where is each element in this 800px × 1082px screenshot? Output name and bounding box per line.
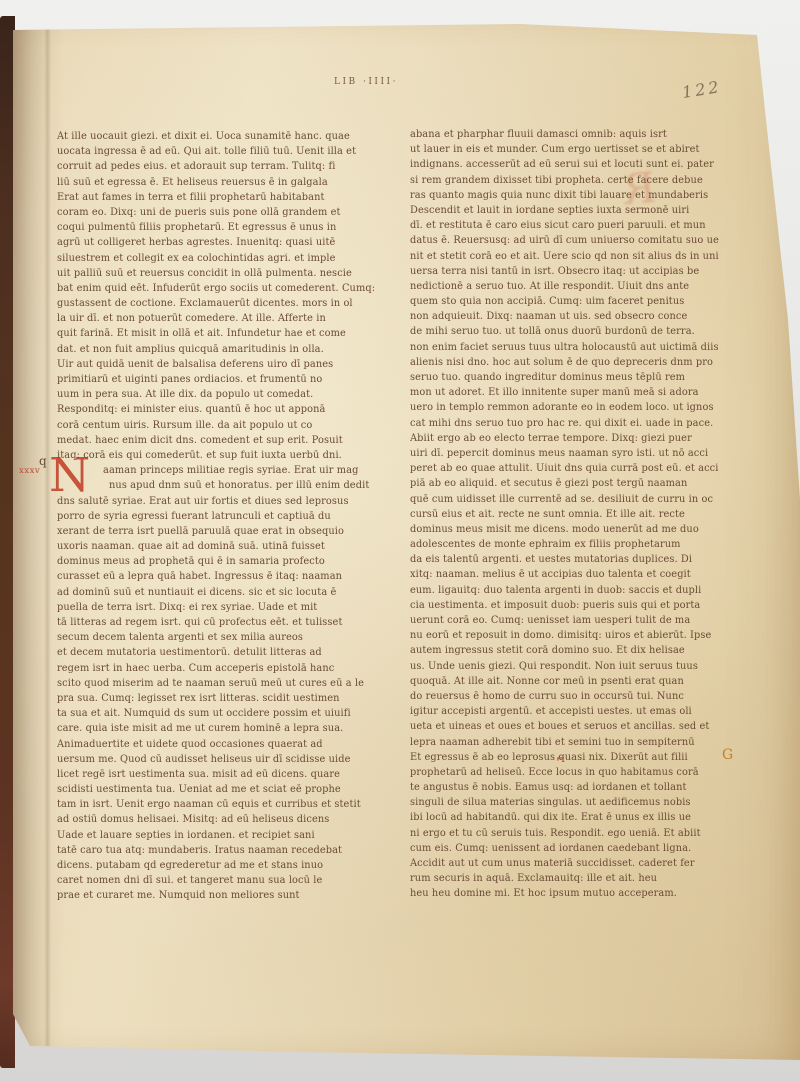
text-line: agrū ut colligeret herbas agrestes. Inue… [57, 235, 388, 250]
text-line: dominus meus ad prophetā qui ē in samari… [57, 554, 388, 569]
text-line: autem ingressus stetit corā domino suo. … [410, 643, 746, 658]
text-line: dns salutē syriae. Erat aut uir fortis e… [57, 494, 388, 509]
text-line: uxoris naaman. quae ait ad dominā suā. u… [57, 539, 388, 554]
gutter-crease [44, 26, 51, 1046]
text-line: mon ut adoret. Et illo innitente super m… [410, 385, 746, 400]
text-line: te angustus ē nobis. Eamus usq: ad iorda… [410, 780, 746, 795]
text-line: ad ostiū domus helisaei. Misitq: ad eū h… [57, 812, 388, 827]
text-line: At ille uocauit giezi. et dixit ei. Uoca… [57, 129, 388, 144]
text-column-right: abana et pharphar fluuii damasci omnib: … [410, 127, 746, 902]
text-line: coqui pulmentū filiis prophetarū. Et egr… [57, 220, 388, 235]
text-line: uero in templo remmon adorante eo in eod… [410, 400, 746, 415]
text-line: igitur accepisti argentū. et accepisti u… [410, 704, 746, 719]
text-line: licet regē isrt uestimenta sua. misit ad… [57, 767, 388, 782]
text-line: Accidit aut ut cum unus materiā succidis… [410, 856, 746, 871]
text-line: medat. haec enim dicit dns. comedent et … [57, 433, 388, 448]
text-column-left: At ille uocauit giezi. et dixit ei. Uoca… [57, 129, 388, 904]
text-line: Animaduertite et uidete quod occasiones … [57, 737, 388, 752]
text-line: care. quia iste misit ad me ut curem hom… [57, 721, 388, 736]
text-line: uocata ingressa ē ad eū. Qui ait. tolle … [57, 144, 388, 159]
text-line: cum eis. Cumq: uenissent ad iordanen cae… [410, 841, 746, 856]
text-line: da eis talentū argenti. et uestes mutato… [410, 552, 746, 567]
text-line: dī. et restituta ē caro eius sicut caro … [410, 218, 746, 233]
text-line: heu heu domine mi. Et hoc ipsum mutuo ac… [410, 886, 746, 901]
text-line: curasset eū a lepra quā habet. Ingressus… [57, 569, 388, 584]
text-line: Abiit ergo ab eo electo terrae tempore. … [410, 431, 746, 446]
text-line: quit farinā. Et misit in ollā et ait. In… [57, 326, 388, 341]
text-line: itaq: corā eis qui comederūt. et sup fui… [57, 448, 388, 463]
corner-faint-number: 122 [747, 18, 766, 33]
text-line: ad dominū suū et nuntiauit ei dicens. si… [57, 585, 388, 600]
text-line: seruo tuo. quando ingreditur dominus meu… [410, 370, 746, 385]
text-line: Uir aut quidā uenit de balsalisa deferen… [57, 357, 388, 372]
text-line: ueta et uineas et oues et boues et seruo… [410, 719, 746, 734]
text-line: pra sua. Cumq: legisset rex isrt littera… [57, 691, 388, 706]
text-line: quoquā. At ille ait. Nonne cor meū in ps… [410, 674, 746, 689]
text-line: prae et curaret me. Numquid non meliores… [57, 888, 388, 903]
text-line: et decem mutatoria uestimentorū. detulit… [57, 645, 388, 660]
text-line: aaman princeps militiae regis syriae. Er… [57, 463, 388, 478]
text-line: eum. ligauitq: duo talenta argenti in du… [410, 583, 746, 598]
text-line: scito quod miserim ad te naaman seruū me… [57, 676, 388, 691]
text-line: Uade et lauare septies in iordanen. et r… [57, 828, 388, 843]
text-line: Erat aut fames in terra et filii prophet… [57, 190, 388, 205]
text-line: gustassent de coctione. Exclamauerūt dic… [57, 296, 388, 311]
text-line: cursū eius et ait. recte ne sunt omnia. … [410, 507, 746, 522]
text-line: scidisti uestimenta tua. Ueniat ad me et… [57, 782, 388, 797]
margin-quire-mark-g: G [722, 747, 733, 763]
text-line: us. Unde uenis giezi. Qui respondit. Non… [410, 659, 746, 674]
text-line: alienis nisi dno. hoc aut solum ē de quo… [410, 355, 746, 370]
text-line: non adquieuit. Dixq: naaman ut uis. sed … [410, 309, 746, 324]
text-line: liū suū et egressa ē. Et heliseus reuers… [57, 175, 388, 190]
parchment-page: raēſtrudmstaeirnotes 122 LIB ·IIII· 122 … [0, 0, 800, 1082]
text-line: nedictionē a seruo tuo. At ille respondi… [410, 279, 746, 294]
text-line: indignans. accesserūt ad eū serui sui et… [410, 157, 746, 172]
text-line: Et egressus ē ab eo leprosus quasi nix. … [410, 750, 746, 765]
text-line: ibi locū ad habitandū. qui dix ite. Erat… [410, 810, 746, 825]
text-line: tā litteras ad regem isrt. qui cū profec… [57, 615, 388, 630]
text-line: la uir dī. et non potuerūt comedere. At … [57, 311, 388, 326]
text-line: nus apud dnm suū et honoratus. per illū … [57, 478, 388, 493]
text-line: nit et stetit corā eo et ait. Uere scio … [410, 249, 746, 264]
text-line: prophetarū ad heliseū. Ecce locus in quo… [410, 765, 746, 780]
text-line: regem isrt in haec uerba. Cum acceperis … [57, 661, 388, 676]
text-line: coram eo. Dixq: uni de pueris suis pone … [57, 205, 388, 220]
text-line: corā centum uiris. Rursum ille. da ait p… [57, 418, 388, 433]
text-line: xitq: naaman. melius ē ut accipias duo t… [410, 567, 746, 582]
text-line: Responditq: ei minister eius. quantū ē h… [57, 402, 388, 417]
text-line: ras quanto magis quia nunc dixit tibi la… [410, 188, 746, 203]
text-line: quem sto quia non accipiā. Cumq: uim fac… [410, 294, 746, 309]
text-line: non enim faciet seruus tuus ultra holoca… [410, 340, 746, 355]
text-line: cia uestimenta. et imposuit duob: pueris… [410, 598, 746, 613]
text-line: uersum me. Quod cū audisset heliseus uir… [57, 752, 388, 767]
text-line: peret ab eo quae attulit. Uiuit dns quia… [410, 461, 746, 476]
text-line: bat enim quid eēt. Infuderūt ergo sociis… [57, 281, 388, 296]
text-line: corruit ad pedes eius. et adorauit sup t… [57, 159, 388, 174]
text-line: nu eorū et reposuit in domo. dimisitq: u… [410, 628, 746, 643]
text-line: Descendit et lauit in iordane septies iu… [410, 203, 746, 218]
text-line: uersa terra nisi tantū in isrt. Obsecro … [410, 264, 746, 279]
text-line: siluestrem et collegit ex ea colochintid… [57, 251, 388, 266]
text-line: tatē caro tua atq: mundaberis. Iratus na… [57, 843, 388, 858]
text-line: uiri dī. pepercit dominus meus naaman sy… [410, 446, 746, 461]
text-line: tam in isrt. Uenit ergo naaman cū equis … [57, 797, 388, 812]
text-line: uerunt corā eo. Cumq: uenisset iam uespe… [410, 613, 746, 628]
text-line: porro de syria egressi fuerant latruncul… [57, 509, 388, 524]
folio-number: 122 [681, 77, 723, 102]
text-line: caret nomen dni dī sui. et tangeret manu… [57, 873, 388, 888]
text-line: piā ab eo aliquid. et secutus ē giezi po… [410, 476, 746, 491]
running-header-lib-iiii: LIB ·IIII· [334, 77, 398, 87]
text-line: dominus meus misit me dicens. modo uener… [410, 522, 746, 537]
text-line: primitiarū et uiginti panes ordiacios. e… [57, 372, 388, 387]
manuscript-photo: raēſtrudmstaeirnotes 122 LIB ·IIII· 122 … [0, 0, 800, 1082]
text-line: uit palliū suū et reuersus concidit in o… [57, 266, 388, 281]
text-line: dicens. putabam qd egrederetur ad me et … [57, 858, 388, 873]
text-line: cat mihi dns seruo tuo pro hac re. qui d… [410, 416, 746, 431]
text-line: lepra naaman adherebit tibi et semini tu… [410, 735, 746, 750]
text-line: datus ē. Reuersusq: ad uirū dī cum uniue… [410, 233, 746, 248]
text-line: abana et pharphar fluuii damasci omnib: … [410, 127, 746, 142]
text-line: si rem grandem dixisset tibi propheta. c… [410, 173, 746, 188]
text-line: secum decem talenta argenti et sex milia… [57, 630, 388, 645]
book-binding-spine [0, 16, 15, 1068]
text-line: ta sua et ait. Numquid ds sum ut occider… [57, 706, 388, 721]
text-line: xerant de terra isrt puellā paruulā quae… [57, 524, 388, 539]
text-line: singuli de silua materias singulas. ut a… [410, 795, 746, 810]
text-line: puella de terra isrt. Dixq: ei rex syria… [57, 600, 388, 615]
text-line: adolescentes de monte ephraim ex filiis … [410, 537, 746, 552]
text-line: do reuersus ē homo de curru suo in occur… [410, 689, 746, 704]
text-line: dat. et non fuit amplius quicquā amaritu… [57, 342, 388, 357]
text-line: uum in pera sua. At ille dix. da populo … [57, 387, 388, 402]
text-line: quē cum uidisset ille currentē ad se. de… [410, 492, 746, 507]
text-line: de mihi seruo tuo. ut tollā onus duorū b… [410, 324, 746, 339]
text-line: ut lauer in eis et munder. Cum ergo uert… [410, 142, 746, 157]
inline-rubric-paragraph-mark: ⌐ [556, 752, 565, 765]
text-line: ni ergo et tu cū seruis tuis. Respondit.… [410, 826, 746, 841]
text-line: rum securis in aquā. Exclamauitq: ille e… [410, 871, 746, 886]
margin-chapter-numeral: xxxv [19, 466, 40, 476]
